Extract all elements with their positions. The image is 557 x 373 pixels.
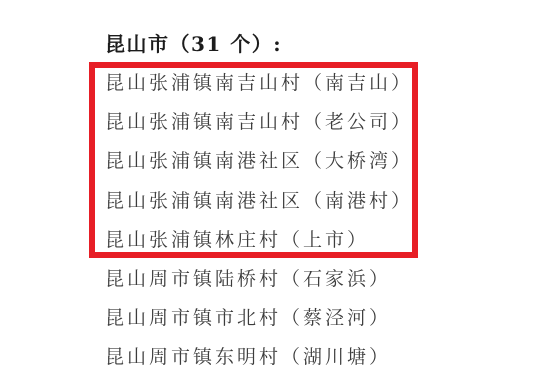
list-item: 昆山张浦镇南港社区（大桥湾） — [105, 140, 413, 179]
list-item: 昆山张浦镇南港社区（南港村） — [105, 180, 413, 219]
list-item: 昆山张浦镇林庄村（上市） — [105, 219, 413, 258]
list-item: 昆山周市镇市北村（蔡泾河） — [105, 297, 413, 336]
document-page: 昆山市（31 个）: 昆山张浦镇南吉山村（南吉山）昆山张浦镇南吉山村（老公司）昆… — [0, 0, 557, 373]
list-item: 昆山周市镇陆桥村（石家浜） — [105, 258, 413, 297]
list-item: 昆山周市镇东明村（湖川塘） — [105, 336, 413, 373]
list-item: 昆山张浦镇南吉山村（南吉山） — [105, 62, 413, 101]
list-item: 昆山张浦镇南吉山村（老公司） — [105, 101, 413, 140]
city-header: 昆山市（31 个）: — [105, 28, 282, 57]
village-list: 昆山张浦镇南吉山村（南吉山）昆山张浦镇南吉山村（老公司）昆山张浦镇南港社区（大桥… — [105, 62, 413, 373]
